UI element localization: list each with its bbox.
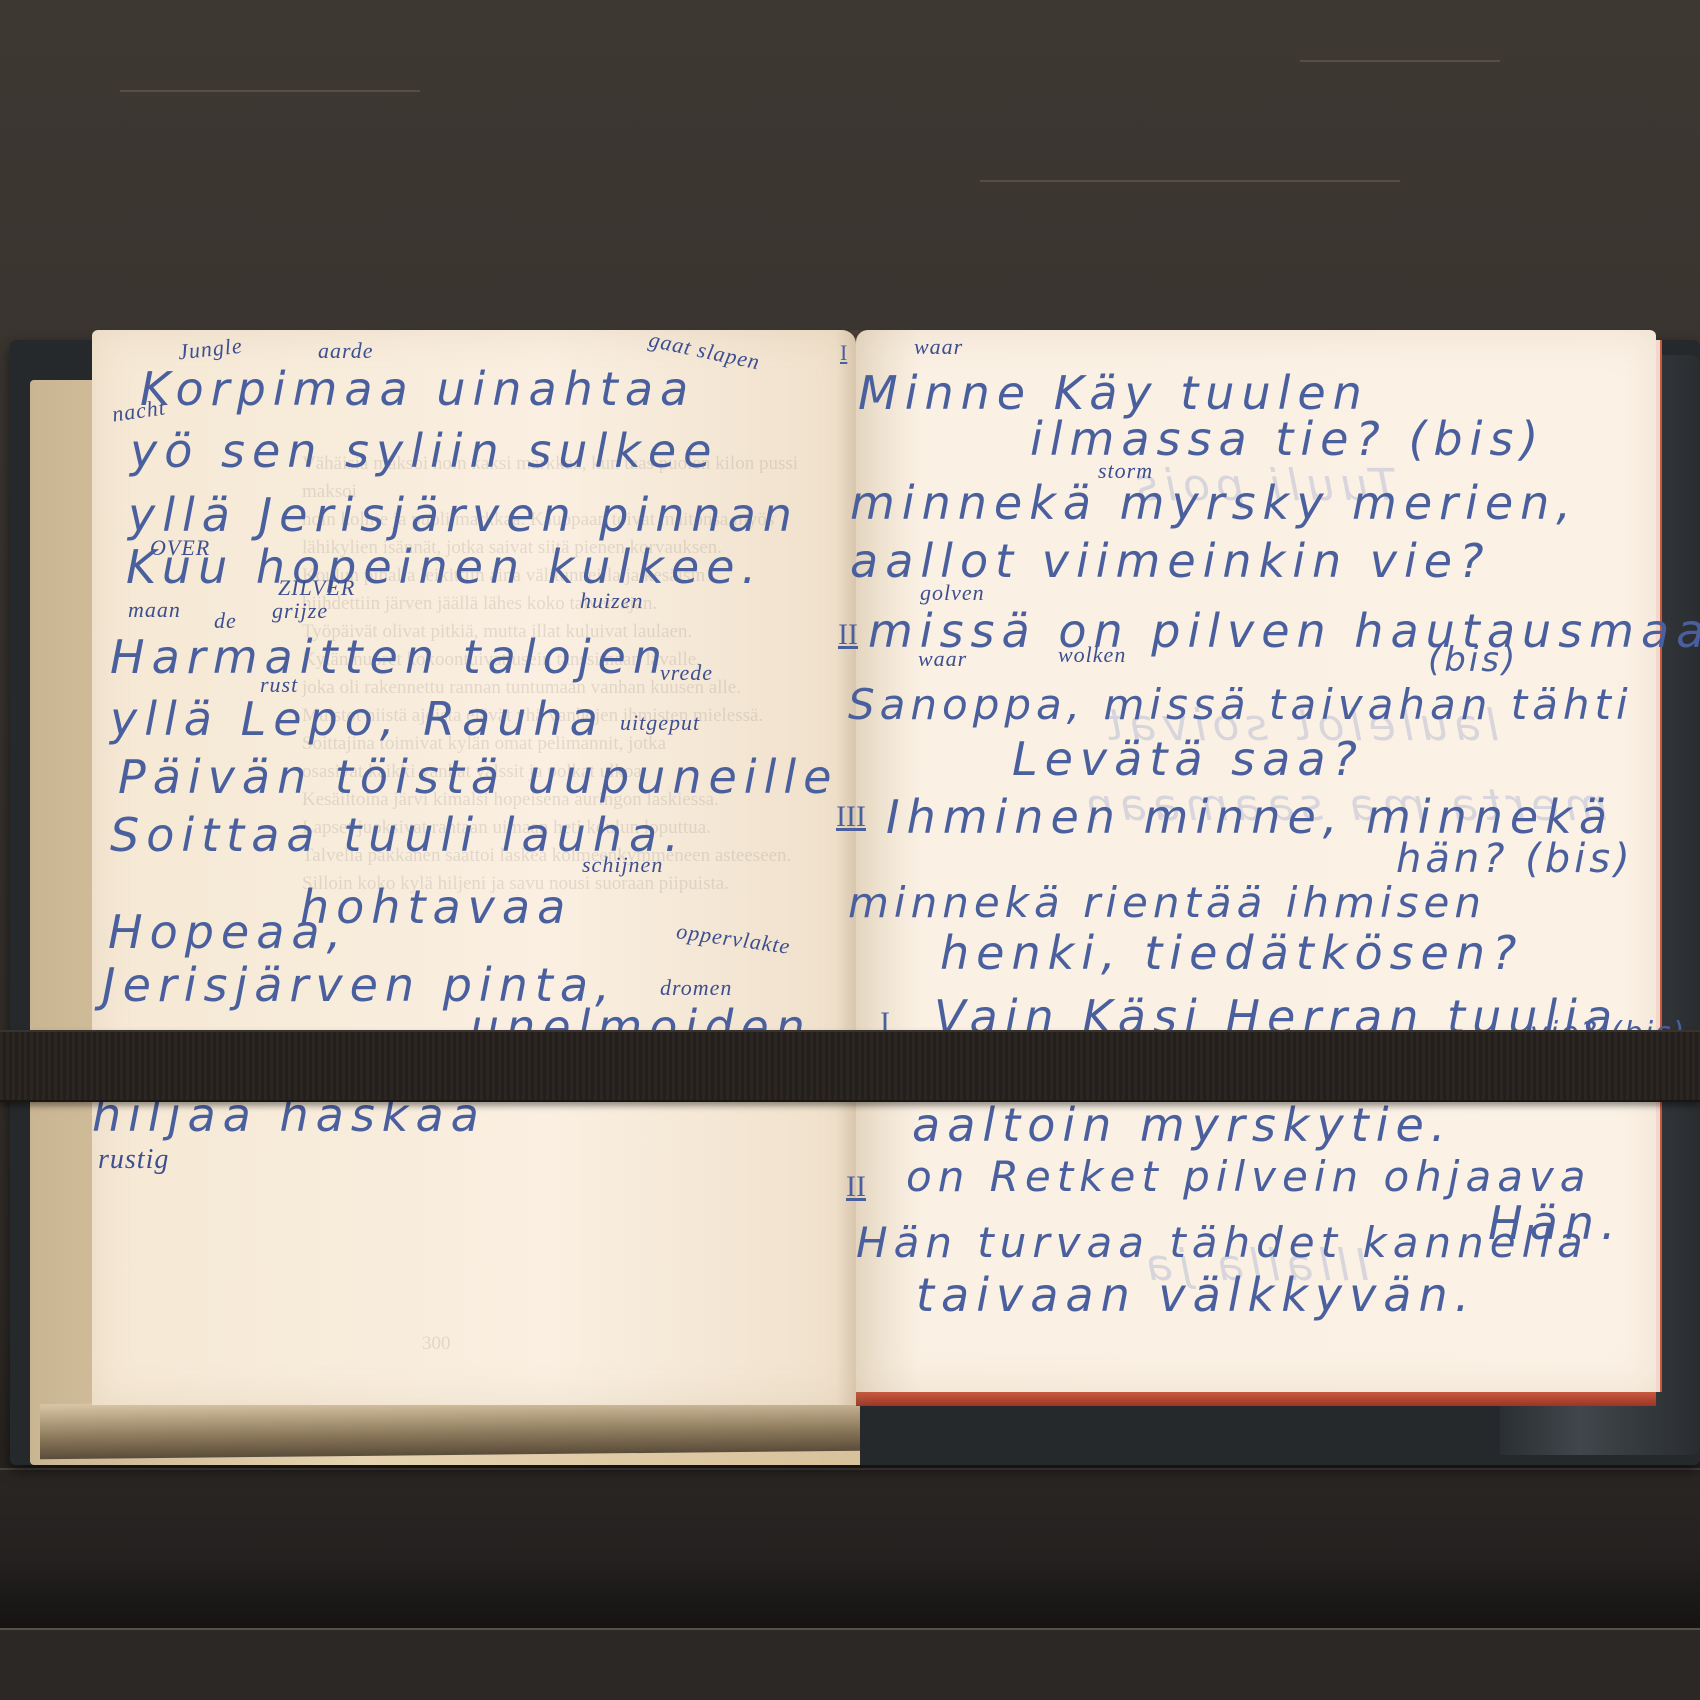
handwritten-line: aaltoin myrskytie. xyxy=(912,1098,1452,1152)
gloss: maan xyxy=(128,597,181,623)
gloss: wolken xyxy=(1058,642,1126,668)
verse-number: II xyxy=(838,618,858,652)
wood-grain xyxy=(120,90,420,92)
verse-number: III xyxy=(836,800,866,834)
verse-number: I xyxy=(840,340,847,366)
gloss: dromen xyxy=(660,975,732,1001)
gloss: grijze xyxy=(272,598,328,624)
tray-front-lip xyxy=(0,1468,1700,1630)
handwritten-line: Harmaitten talojen xyxy=(110,630,669,684)
handwritten-line: Korpimaa uinahtaa xyxy=(140,362,695,416)
page-number: 300 xyxy=(422,1330,502,1360)
handwritten-line: minnekä rientää ihmisen xyxy=(848,878,1486,927)
gloss: waar xyxy=(914,334,963,360)
gloss: golven xyxy=(920,580,985,606)
handwritten-line: Sanoppa, missä taivahan tähti xyxy=(848,680,1633,729)
handwritten-line: Levätä saa? xyxy=(1012,732,1364,786)
handwritten-line: Kuu hopeinen kulkee. xyxy=(126,540,763,594)
handwritten-line: (bis) xyxy=(1428,640,1518,680)
verse-number: II xyxy=(846,1170,866,1204)
handwritten-line: missä on pilven hautausmaa: xyxy=(868,604,1700,658)
handwritten-line: yö sen syliin sulkee xyxy=(130,424,718,478)
handwritten-line: taivaan välkkyvän. xyxy=(916,1268,1476,1322)
gloss: rustig xyxy=(98,1144,169,1176)
tray-base xyxy=(0,1628,1700,1700)
gloss: uitgeput xyxy=(620,710,700,736)
handwritten-line: henki, tiedätkösen? xyxy=(940,926,1523,980)
margin-note: aarde xyxy=(318,338,374,364)
handwritten-line: Hän turvaa tähdet kannella xyxy=(856,1218,1589,1267)
wood-grain xyxy=(1300,60,1500,62)
handwritten-line: minnekä myrsky merien, xyxy=(850,476,1578,530)
gloss: schijnen xyxy=(582,852,663,878)
handwritten-line: Päivän töistä uupuneille xyxy=(118,750,838,804)
handwritten-line: yllä Lepo, Rauha xyxy=(110,692,605,746)
page-stack-bottom-edge xyxy=(40,1396,860,1460)
gloss: waar xyxy=(918,646,967,672)
gloss: huizen xyxy=(580,588,643,614)
handwritten-line: Hopeaa, xyxy=(108,905,348,959)
handwritten-line: hän? (bis) xyxy=(1396,836,1634,882)
handwritten-line: yllä Jerisjärven pinnan xyxy=(128,488,799,542)
red-page-edge xyxy=(856,1392,1656,1406)
elastic-closure-band[interactable] xyxy=(0,1030,1700,1102)
wood-grain xyxy=(980,180,1400,182)
gloss: vrede xyxy=(660,660,713,686)
handwritten-line: on Retket pilvein ohjaava xyxy=(906,1152,1592,1201)
